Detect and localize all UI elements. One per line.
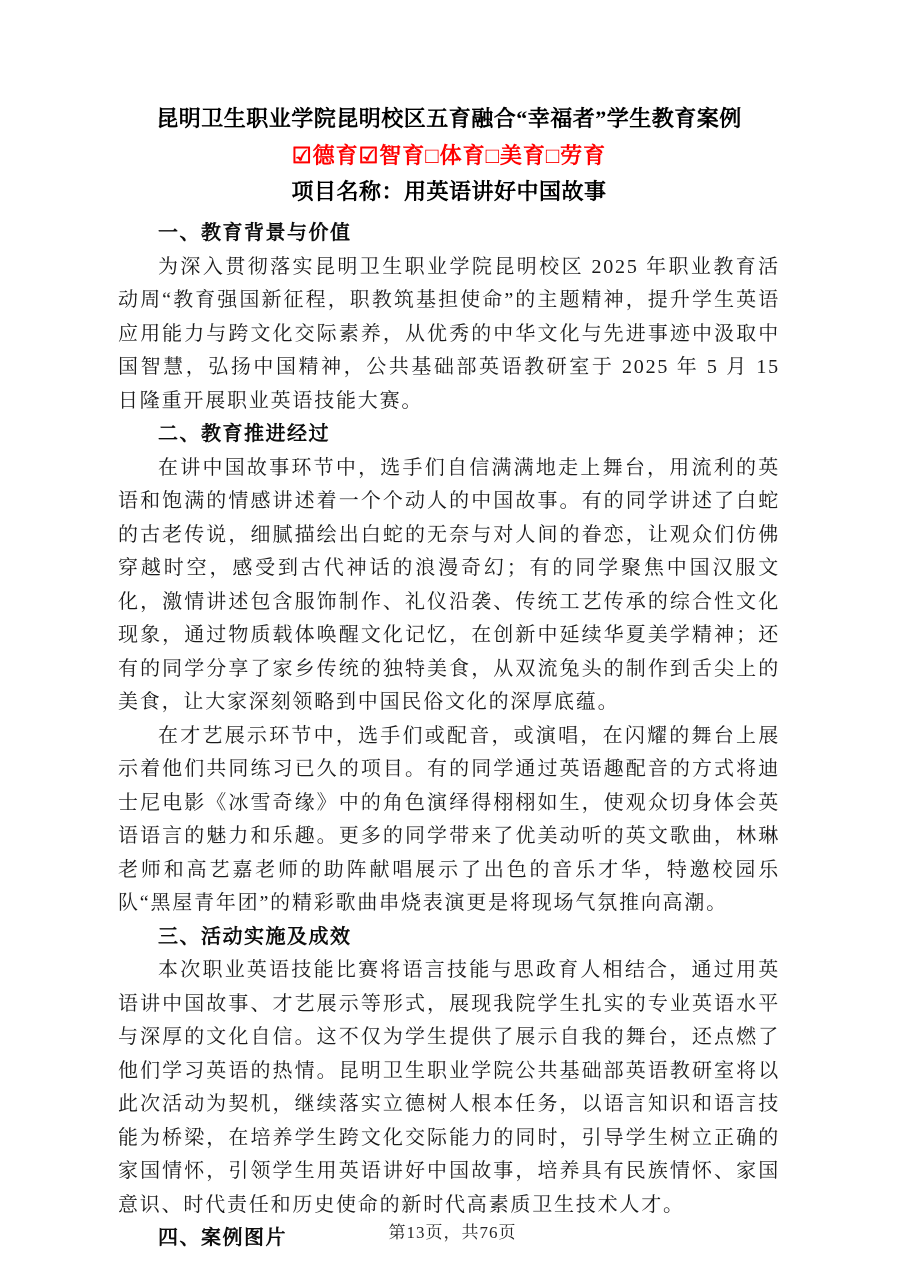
education-category-checkboxes: ☑德育☑智育□体育□美育□劳育 xyxy=(118,137,780,174)
paragraph-story-telling: 在讲中国故事环节中，选手们自信满满地走上舞台，用流利的英语和饱满的情感讲述着一个… xyxy=(118,452,780,720)
document-content: 昆明卫生职业学院昆明校区五育融合“幸福者”学生教育案例 ☑德育☑智育□体育□美育… xyxy=(118,100,780,1256)
paragraph-background-value: 为深入贯彻落实昆明卫生职业学院昆明校区 2025 年职业教育活动周“教育强国新征… xyxy=(118,251,780,419)
section-heading-process: 二、教育推进经过 xyxy=(118,418,780,452)
document-title: 昆明卫生职业学院昆明校区五育融合“幸福者”学生教育案例 xyxy=(118,100,780,137)
paragraph-results: 本次职业英语技能比赛将语言技能与思政育人相结合，通过用英语讲中国故事、才艺展示等… xyxy=(118,954,780,1222)
section-heading-background-value: 一、教育背景与价值 xyxy=(118,217,780,251)
paragraph-talent-show: 在才艺展示环节中，选手们或配音，或演唱，在闪耀的舞台上展示着他们共同练习已久的项… xyxy=(118,720,780,921)
document-page: 昆明卫生职业学院昆明校区五育融合“幸福者”学生教育案例 ☑德育☑智育□体育□美育… xyxy=(0,0,905,1280)
document-body: 一、教育背景与价值 为深入贯彻落实昆明卫生职业学院昆明校区 2025 年职业教育… xyxy=(118,217,780,1256)
section-heading-results: 三、活动实施及成效 xyxy=(118,921,780,955)
page-number: 第13页，共76页 xyxy=(0,1218,905,1243)
project-name-line: 项目名称：用英语讲好中国故事 xyxy=(118,174,780,210)
